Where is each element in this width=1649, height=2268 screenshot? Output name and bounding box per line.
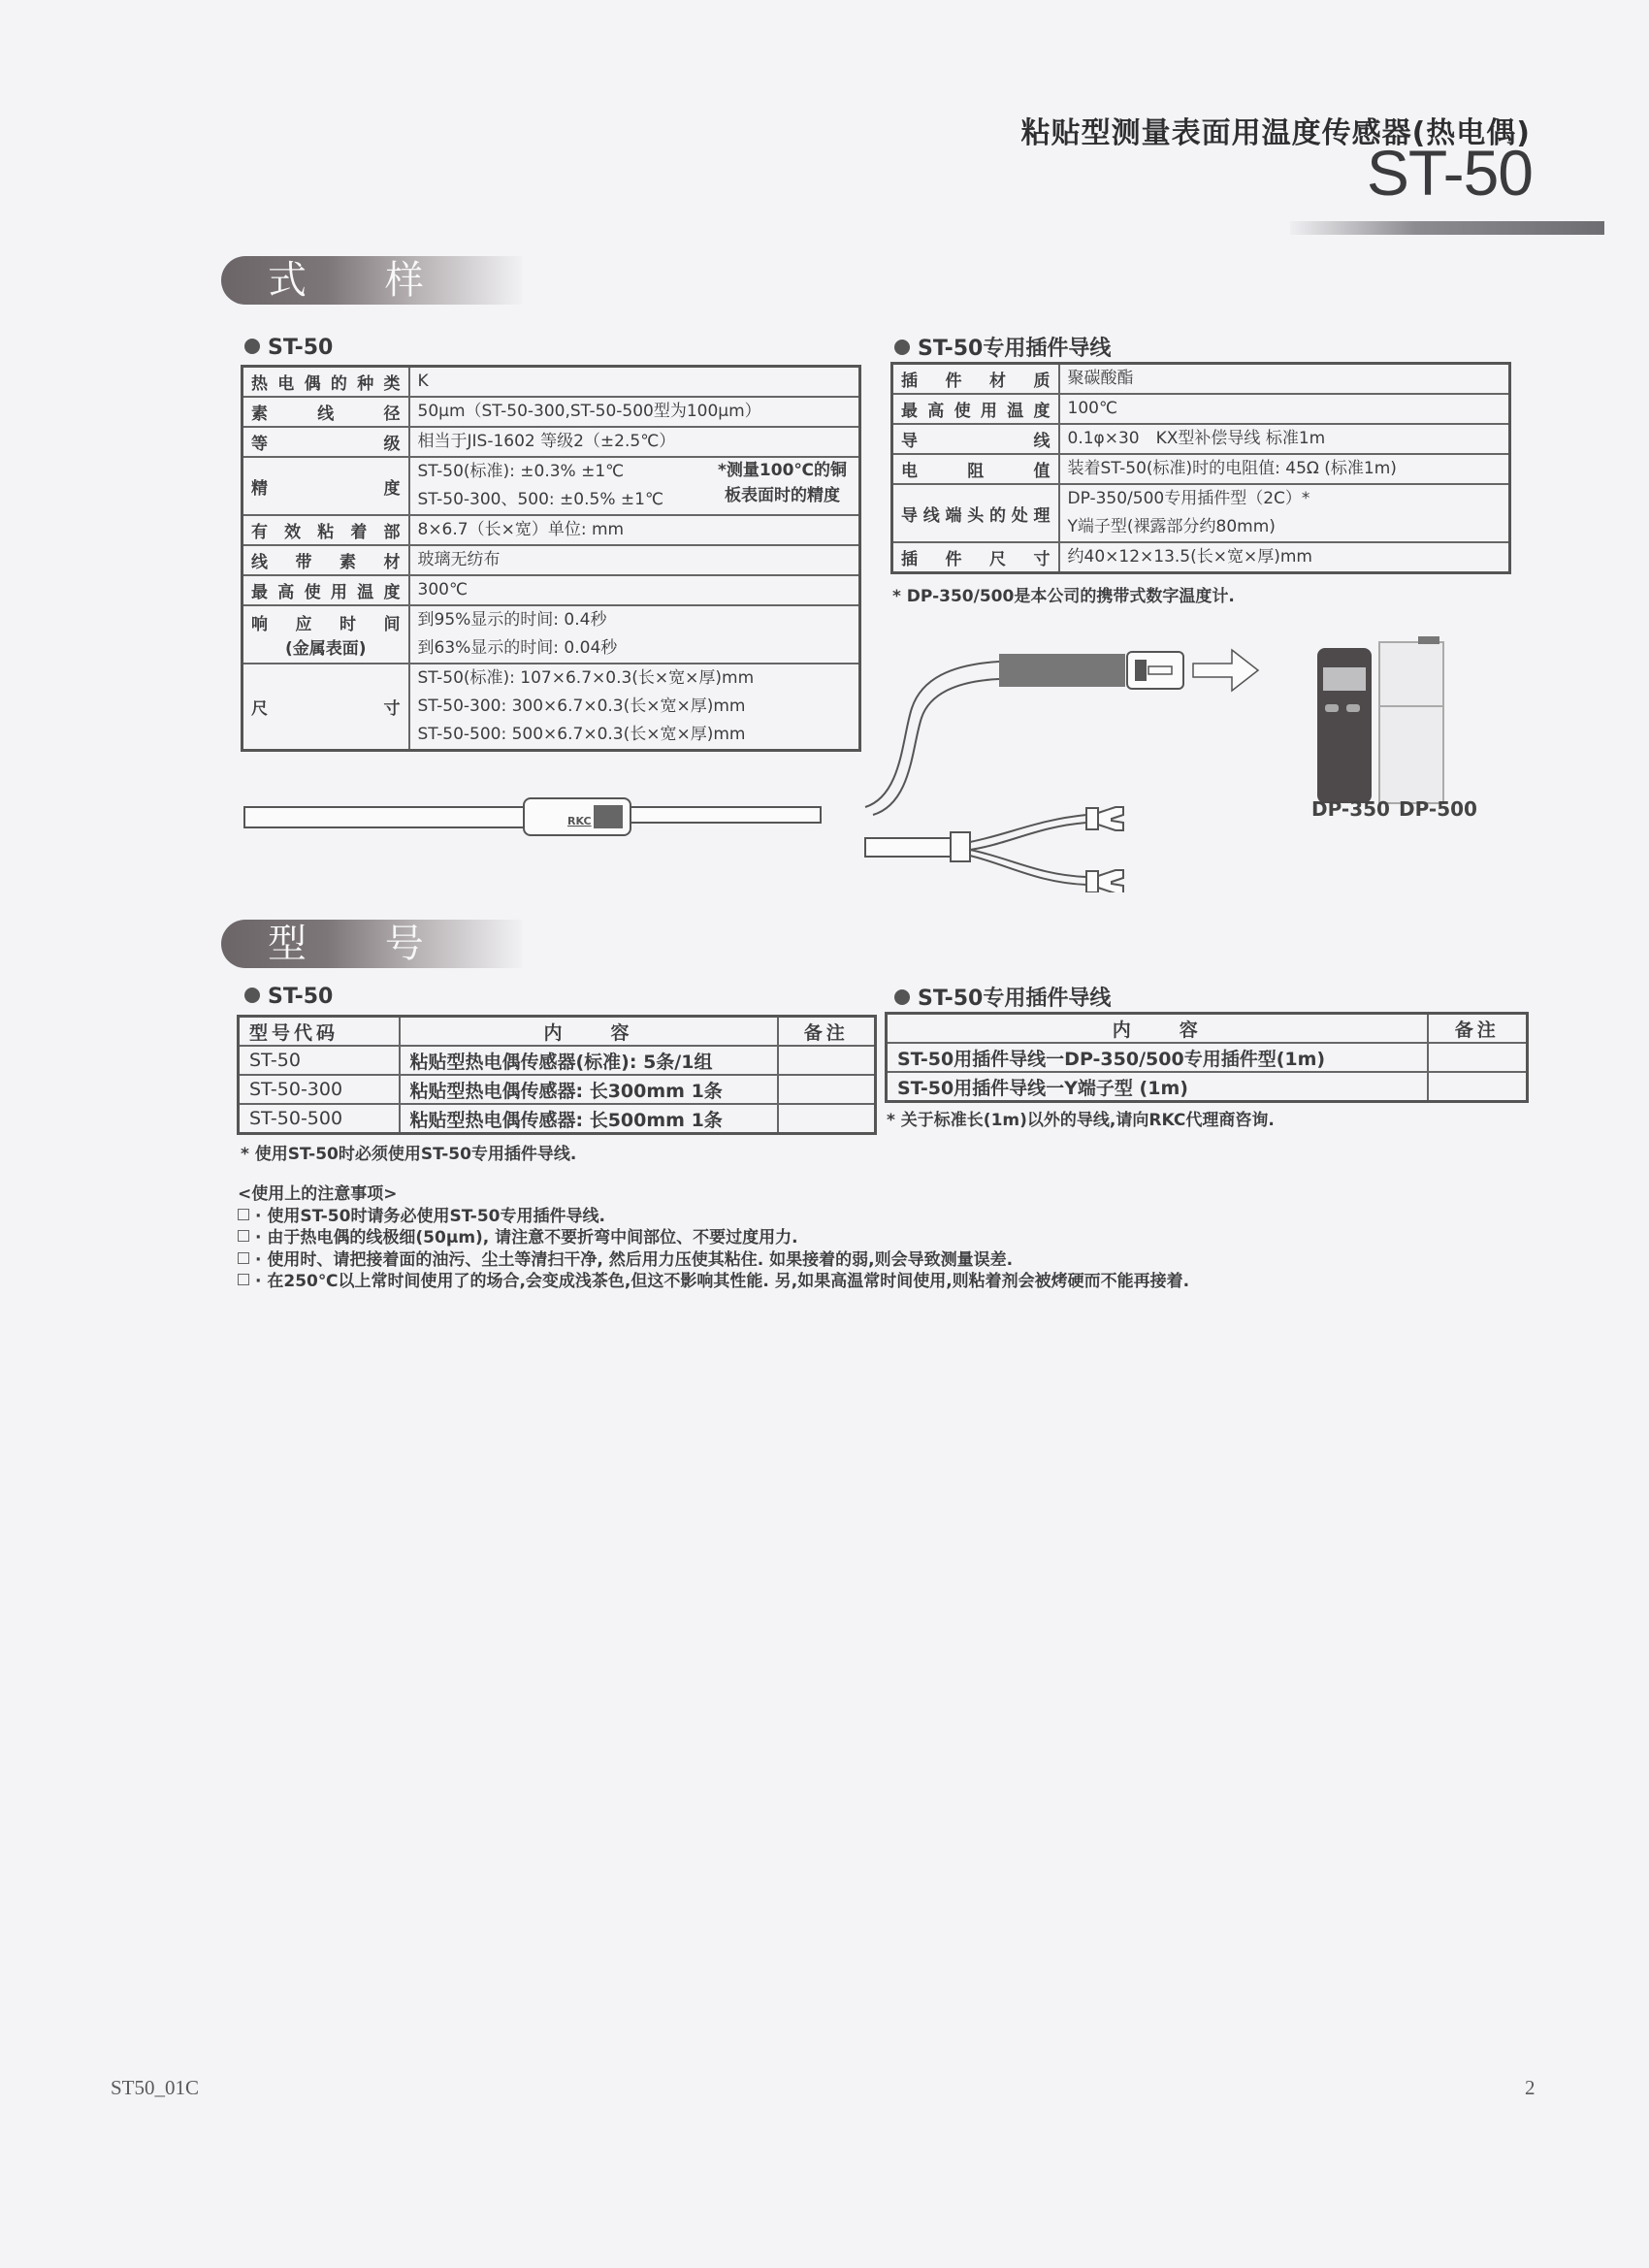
spec-label: 导线 <box>892 424 1059 454</box>
spec-label: 素线径 <box>242 397 409 427</box>
spec-value: 8×6.7（长×宽）单位: mm <box>409 515 860 545</box>
header-decorative-bar <box>1290 221 1604 235</box>
model-sensor-footnote: * 使用ST-50时必须使用ST-50专用插件导线. <box>241 1140 576 1164</box>
spec-label: 导线端头的处理 <box>892 484 1059 542</box>
spec-label: 最高使用温度 <box>892 394 1059 424</box>
spec-label: 插件尺寸 <box>892 542 1059 573</box>
model-note <box>778 1075 876 1104</box>
table-row: ST-50用插件导线一DP-350/500专用插件型(1m) <box>887 1043 1528 1072</box>
spec-row: 插件尺寸约40×12×13.5(长×宽×厚)mm <box>892 542 1510 573</box>
model-lead-footnote: * 关于标准长(1m)以外的导线,请向RKC代理商咨询. <box>887 1106 1275 1130</box>
spec-label: 电阻值 <box>892 454 1059 484</box>
checkbox-square-icon <box>238 1209 249 1220</box>
bullet-icon <box>244 339 260 354</box>
device-label-dp500: DP-500 <box>1399 797 1477 821</box>
sensor-lead-illustration: RKC <box>233 621 1591 892</box>
plug-lead-icon <box>865 652 1183 815</box>
spec-value: 0.1φ×30 KX型补偿导线 标准1m <box>1059 424 1510 454</box>
spec-row: 线带素材玻璃无纺布 <box>242 545 860 575</box>
spec-value: DP-350/500专用插件型（2C）* Y端子型(裸露部分约80mm) <box>1059 484 1510 542</box>
spec-value: K <box>409 367 860 398</box>
spec-value: 装着ST-50(标准)时的电阻值: 45Ω (标准1m) <box>1059 454 1510 484</box>
model-code: ST-50 <box>239 1046 400 1075</box>
spec-row: 导线0.1φ×30 KX型补偿导线 标准1m <box>892 424 1510 454</box>
svg-text:RKC: RKC <box>567 815 592 827</box>
device-label-dp350: DP-350 <box>1311 797 1390 821</box>
table-row: ST-50-300粘贴型热电偶传感器: 长300mm 1条 <box>239 1075 876 1104</box>
section-heading-models: 型 号 <box>221 920 522 968</box>
y-terminal-lead-icon <box>865 807 1123 892</box>
table-row: ST-50用插件导线一Y端子型 (1m) <box>887 1072 1528 1102</box>
column-header: 备注 <box>778 1017 876 1047</box>
spec-label: 线带素材 <box>242 545 409 575</box>
cautions-block: <使用上的注意事项> · 使用ST-50时请务必使用ST-50专用插件导线.· … <box>238 1183 1189 1293</box>
spec-row: 电阻值装着ST-50(标准)时的电阻值: 45Ω (标准1m) <box>892 454 1510 484</box>
spec-value: *测量100℃的铜板表面时的精度ST-50(标准): ±0.3% ±1℃ST-5… <box>409 457 860 515</box>
spec-row: 热电偶的种类K <box>242 367 860 398</box>
lead-spec-table: 插件材质聚碳酸酯最高使用温度100℃导线0.1φ×30 KX型补偿导线 标准1m… <box>890 362 1511 574</box>
spec-value: 聚碳酸酯 <box>1059 364 1510 395</box>
checkbox-square-icon <box>238 1252 249 1264</box>
column-header: 内 容 <box>400 1017 778 1047</box>
model-note <box>778 1046 876 1075</box>
model-content: 粘贴型热电偶传感器(标准): 5条/1组 <box>400 1046 778 1075</box>
spec-value: 玻璃无纺布 <box>409 545 860 575</box>
caution-item: · 使用时、请把接着面的油污、尘土等清扫干净, 然后用力压使其粘住. 如果接着的… <box>238 1249 1189 1272</box>
model-code: ST-50-500 <box>239 1104 400 1134</box>
lead-note <box>1428 1043 1528 1072</box>
spec-value: 约40×12×13.5(长×宽×厚)mm <box>1059 542 1510 573</box>
caution-item: · 由于热电偶的线极细(50μm), 请注意不要折弯中间部位、不要过度用力. <box>238 1227 1189 1249</box>
spec-row: 精度*测量100℃的铜板表面时的精度ST-50(标准): ±0.3% ±1℃ST… <box>242 457 860 515</box>
table-row: ST-50-500粘贴型热电偶传感器: 长500mm 1条 <box>239 1104 876 1134</box>
lead-note <box>1428 1072 1528 1102</box>
spec-row: 有效粘着部8×6.7（长×宽）单位: mm <box>242 515 860 545</box>
spec-row: 导线端头的处理DP-350/500专用插件型（2C）* Y端子型(裸露部分约80… <box>892 484 1510 542</box>
dp350-device-icon <box>1317 648 1372 803</box>
spec-lead-heading: ST-50专用插件导线 <box>894 332 1111 362</box>
model-content: 粘贴型热电偶传感器: 长500mm 1条 <box>400 1104 778 1134</box>
column-header: 内 容 <box>887 1014 1428 1044</box>
lead-content: ST-50用插件导线一DP-350/500专用插件型(1m) <box>887 1043 1428 1072</box>
caution-item: · 使用ST-50时请务必使用ST-50专用插件导线. <box>238 1206 1189 1228</box>
spec-label: 有效粘着部 <box>242 515 409 545</box>
arrow-right-icon <box>1193 650 1258 691</box>
model-lead-heading: ST-50专用插件导线 <box>894 982 1111 1012</box>
dp500-device-icon <box>1379 636 1443 803</box>
spec-row: 最高使用温度100℃ <box>892 394 1510 424</box>
cautions-title: <使用上的注意事项> <box>238 1183 1189 1206</box>
sensor-tape-icon: RKC <box>244 798 821 835</box>
spec-value: 相当于JIS-1602 等级2（±2.5℃） <box>409 427 860 457</box>
model-sensor-heading: ST-50 <box>244 985 333 1009</box>
model-note <box>778 1104 876 1134</box>
bullet-icon <box>244 988 260 1003</box>
bullet-icon <box>894 989 910 1005</box>
lead-content: ST-50用插件导线一Y端子型 (1m) <box>887 1072 1428 1102</box>
spec-value: 50μm（ST-50-300,ST-50-500型为100μm） <box>409 397 860 427</box>
spec-sensor-heading: ST-50 <box>244 336 333 360</box>
document-code: ST50_01C <box>111 2076 199 2100</box>
section-heading-spec: 式 样 <box>221 256 522 305</box>
spec-row: 最高使用温度300℃ <box>242 575 860 605</box>
spec-label: 等级 <box>242 427 409 457</box>
bullet-icon <box>894 340 910 355</box>
spec-row: 等级相当于JIS-1602 等级2（±2.5℃） <box>242 427 860 457</box>
model-content: 粘贴型热电偶传感器: 长300mm 1条 <box>400 1075 778 1104</box>
spec-row: 素线径50μm（ST-50-300,ST-50-500型为100μm） <box>242 397 860 427</box>
spec-label: 插件材质 <box>892 364 1059 395</box>
spec-row: 插件材质聚碳酸酯 <box>892 364 1510 395</box>
spec-label: 热电偶的种类 <box>242 367 409 398</box>
column-header: 型号代码 <box>239 1017 400 1047</box>
checkbox-square-icon <box>238 1230 249 1242</box>
spec-label: 最高使用温度 <box>242 575 409 605</box>
page-number: 2 <box>1525 2076 1536 2100</box>
column-header: 备注 <box>1428 1014 1528 1044</box>
model-title: ST-50 <box>1367 136 1533 210</box>
sensor-model-table: 型号代码 内 容 备注 ST-50粘贴型热电偶传感器(标准): 5条/1组ST-… <box>237 1015 877 1135</box>
lead-spec-footnote: * DP-350/500是本公司的携带式数字温度计. <box>892 582 1235 606</box>
caution-item: · 在250℃以上常时间使用了的场合,会变成浅茶色,但这不影响其性能. 另,如果… <box>238 1271 1189 1293</box>
spec-label: 精度 <box>242 457 409 515</box>
checkbox-square-icon <box>238 1274 249 1285</box>
table-row: ST-50粘贴型热电偶传感器(标准): 5条/1组 <box>239 1046 876 1075</box>
model-code: ST-50-300 <box>239 1075 400 1104</box>
lead-model-table: 内 容 备注 ST-50用插件导线一DP-350/500专用插件型(1m)ST-… <box>885 1012 1529 1103</box>
spec-value: 100℃ <box>1059 394 1510 424</box>
spec-note: *测量100℃的铜板表面时的精度 <box>718 458 847 508</box>
spec-value: 300℃ <box>409 575 860 605</box>
